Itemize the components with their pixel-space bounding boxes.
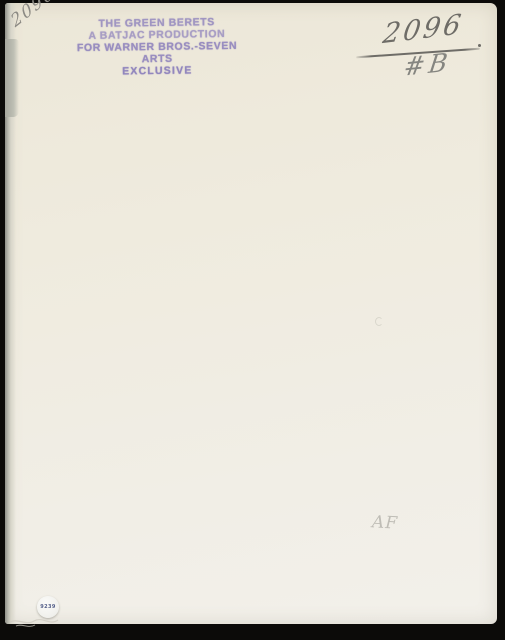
photo-paper — [5, 3, 497, 624]
faint-pencil-scribble — [8, 606, 72, 632]
pencil-dot — [478, 44, 481, 47]
scanned-photo-back: 2096 THE GREEN BERETS A BATJAC PRODUCTIO… — [0, 0, 505, 640]
top-right-code-handwriting: #B — [402, 47, 453, 82]
paper-speck — [375, 317, 383, 326]
tape-residue-patch — [5, 39, 19, 117]
production-stamp: THE GREEN BERETS A BATJAC PRODUCTION FOR… — [62, 16, 253, 79]
initials-handwriting: AF — [371, 512, 398, 533]
stamp-line-3: FOR WARNER BROS.-SEVEN ARTS — [62, 40, 252, 67]
